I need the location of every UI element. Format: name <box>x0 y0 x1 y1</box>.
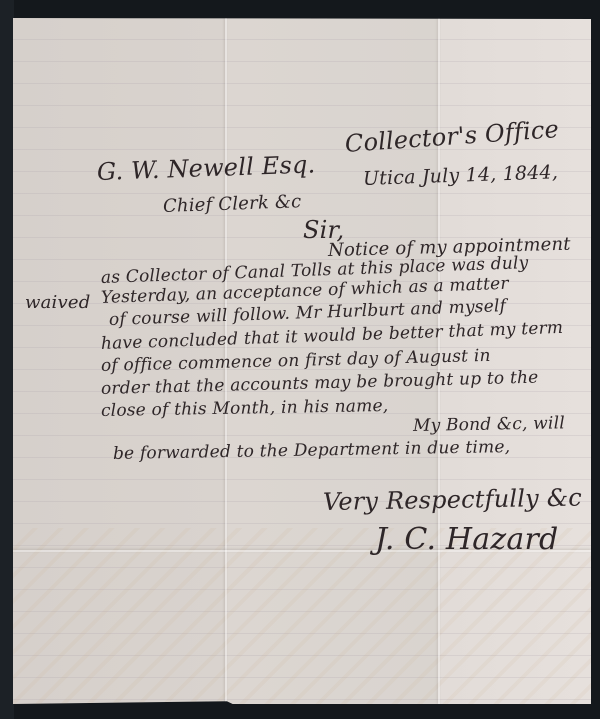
body-line-9: My Bond &c, will <box>413 413 565 436</box>
backdrop <box>0 0 14 719</box>
signature: J. C. Hazard <box>375 522 558 557</box>
closing: Very Respectfully &c <box>323 483 582 516</box>
margin-note: waived <box>25 292 90 313</box>
letter-paper: Collector's Office Utica July 14, 1844, … <box>13 18 591 704</box>
